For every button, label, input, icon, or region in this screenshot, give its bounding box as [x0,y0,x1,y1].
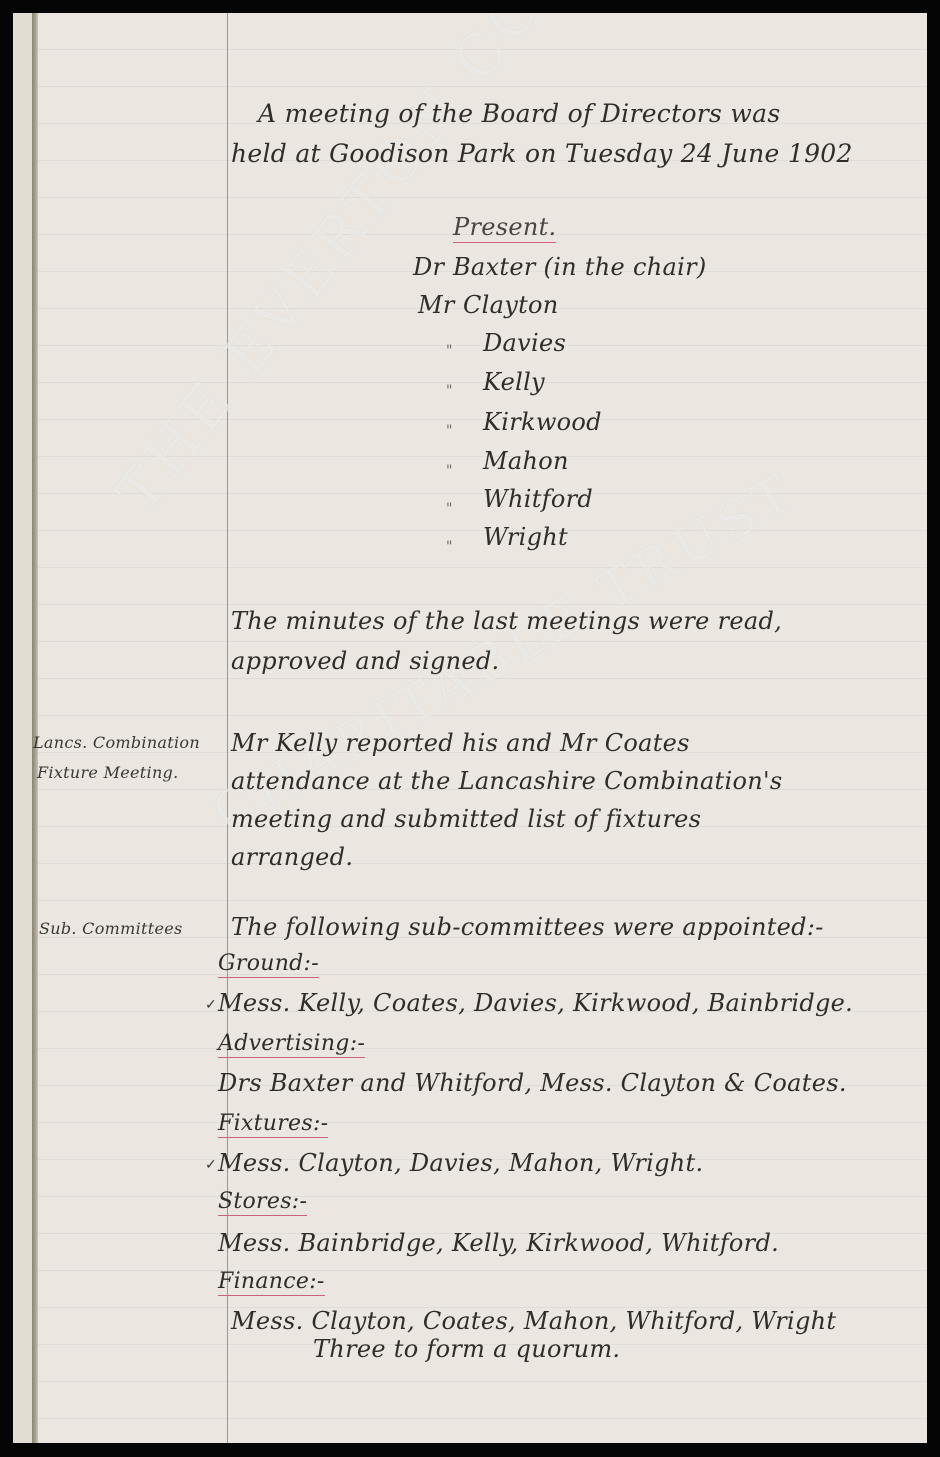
committee-name-finance: Finance:- [218,1269,325,1296]
attendee-name: Kelly [483,368,545,396]
fixture-report-line-3: meeting and submitted list of fixtures [231,805,701,833]
committee-members-fixtures: Mess. Clayton, Davies, Mahon, Wright. [218,1149,703,1177]
committee-members-advertising: Drs Baxter and Whitford, Mess. Clayton &… [218,1069,847,1097]
committee-members-stores: Mess. Bainbridge, Kelly, Kirkwood, Whitf… [218,1229,779,1257]
quorum-note: Three to form a quorum. [313,1335,620,1363]
ditto-mark: " [446,343,452,359]
meeting-heading-line-1: A meeting of the Board of Directors was [258,99,780,128]
ditto-mark: " [446,539,452,555]
tick-mark-icon: ✓ [205,1157,217,1173]
minute-book-page: THE EVERTON COLLECTION CHARITABLE TRUST … [13,13,927,1443]
margin-note-lancs-combination: Lancs. Combination [33,733,200,752]
committee-name-fixtures: Fixtures:- [218,1111,328,1138]
fixture-report-line-4: arranged. [231,843,353,871]
ditto-mark: " [446,383,452,399]
ditto-mark: " [446,463,452,479]
attendee-name: Clayton [463,291,559,319]
committee-name-stores: Stores:- [218,1189,307,1216]
attendee-name: Baxter (in the chair) [453,253,707,281]
tick-mark-icon: ✓ [205,997,217,1013]
attendee-name: Mahon [483,447,569,475]
meeting-heading-line-2: held at Goodison Park on Tuesday 24 June… [231,139,853,168]
present-title: Present. [453,213,556,243]
attendee-name: Whitford [483,485,593,513]
binding-spine [32,13,38,1443]
attendee-prefix: Mr [418,291,455,319]
attendee-name: Wright [483,523,568,551]
committee-members-finance: Mess. Clayton, Coates, Mahon, Whitford, … [231,1307,836,1335]
attendee-name: Kirkwood [483,408,602,436]
committee-members-ground: Mess. Kelly, Coates, Davies, Kirkwood, B… [218,989,853,1017]
margin-note-fixture-meeting: Fixture Meeting. [37,763,178,782]
ditto-mark: " [446,501,452,517]
ditto-mark: " [446,423,452,439]
margin-note-sub-committees: Sub. Committees [39,919,183,938]
fixture-report-line-2: attendance at the Lancashire Combination… [231,767,783,795]
committee-name-ground: Ground:- [218,951,319,978]
attendee-prefix: Dr [413,253,444,281]
committee-name-advertising: Advertising:- [218,1031,365,1058]
fixture-report-line-1: Mr Kelly reported his and Mr Coates [231,729,690,757]
minutes-approval-line-2: approved and signed. [231,647,499,675]
minutes-approval-line-1: The minutes of the last meetings were re… [231,607,782,635]
attendee-name: Davies [483,329,566,357]
page-edge [13,13,32,1443]
subcommittees-intro: The following sub-committees were appoin… [231,913,824,941]
